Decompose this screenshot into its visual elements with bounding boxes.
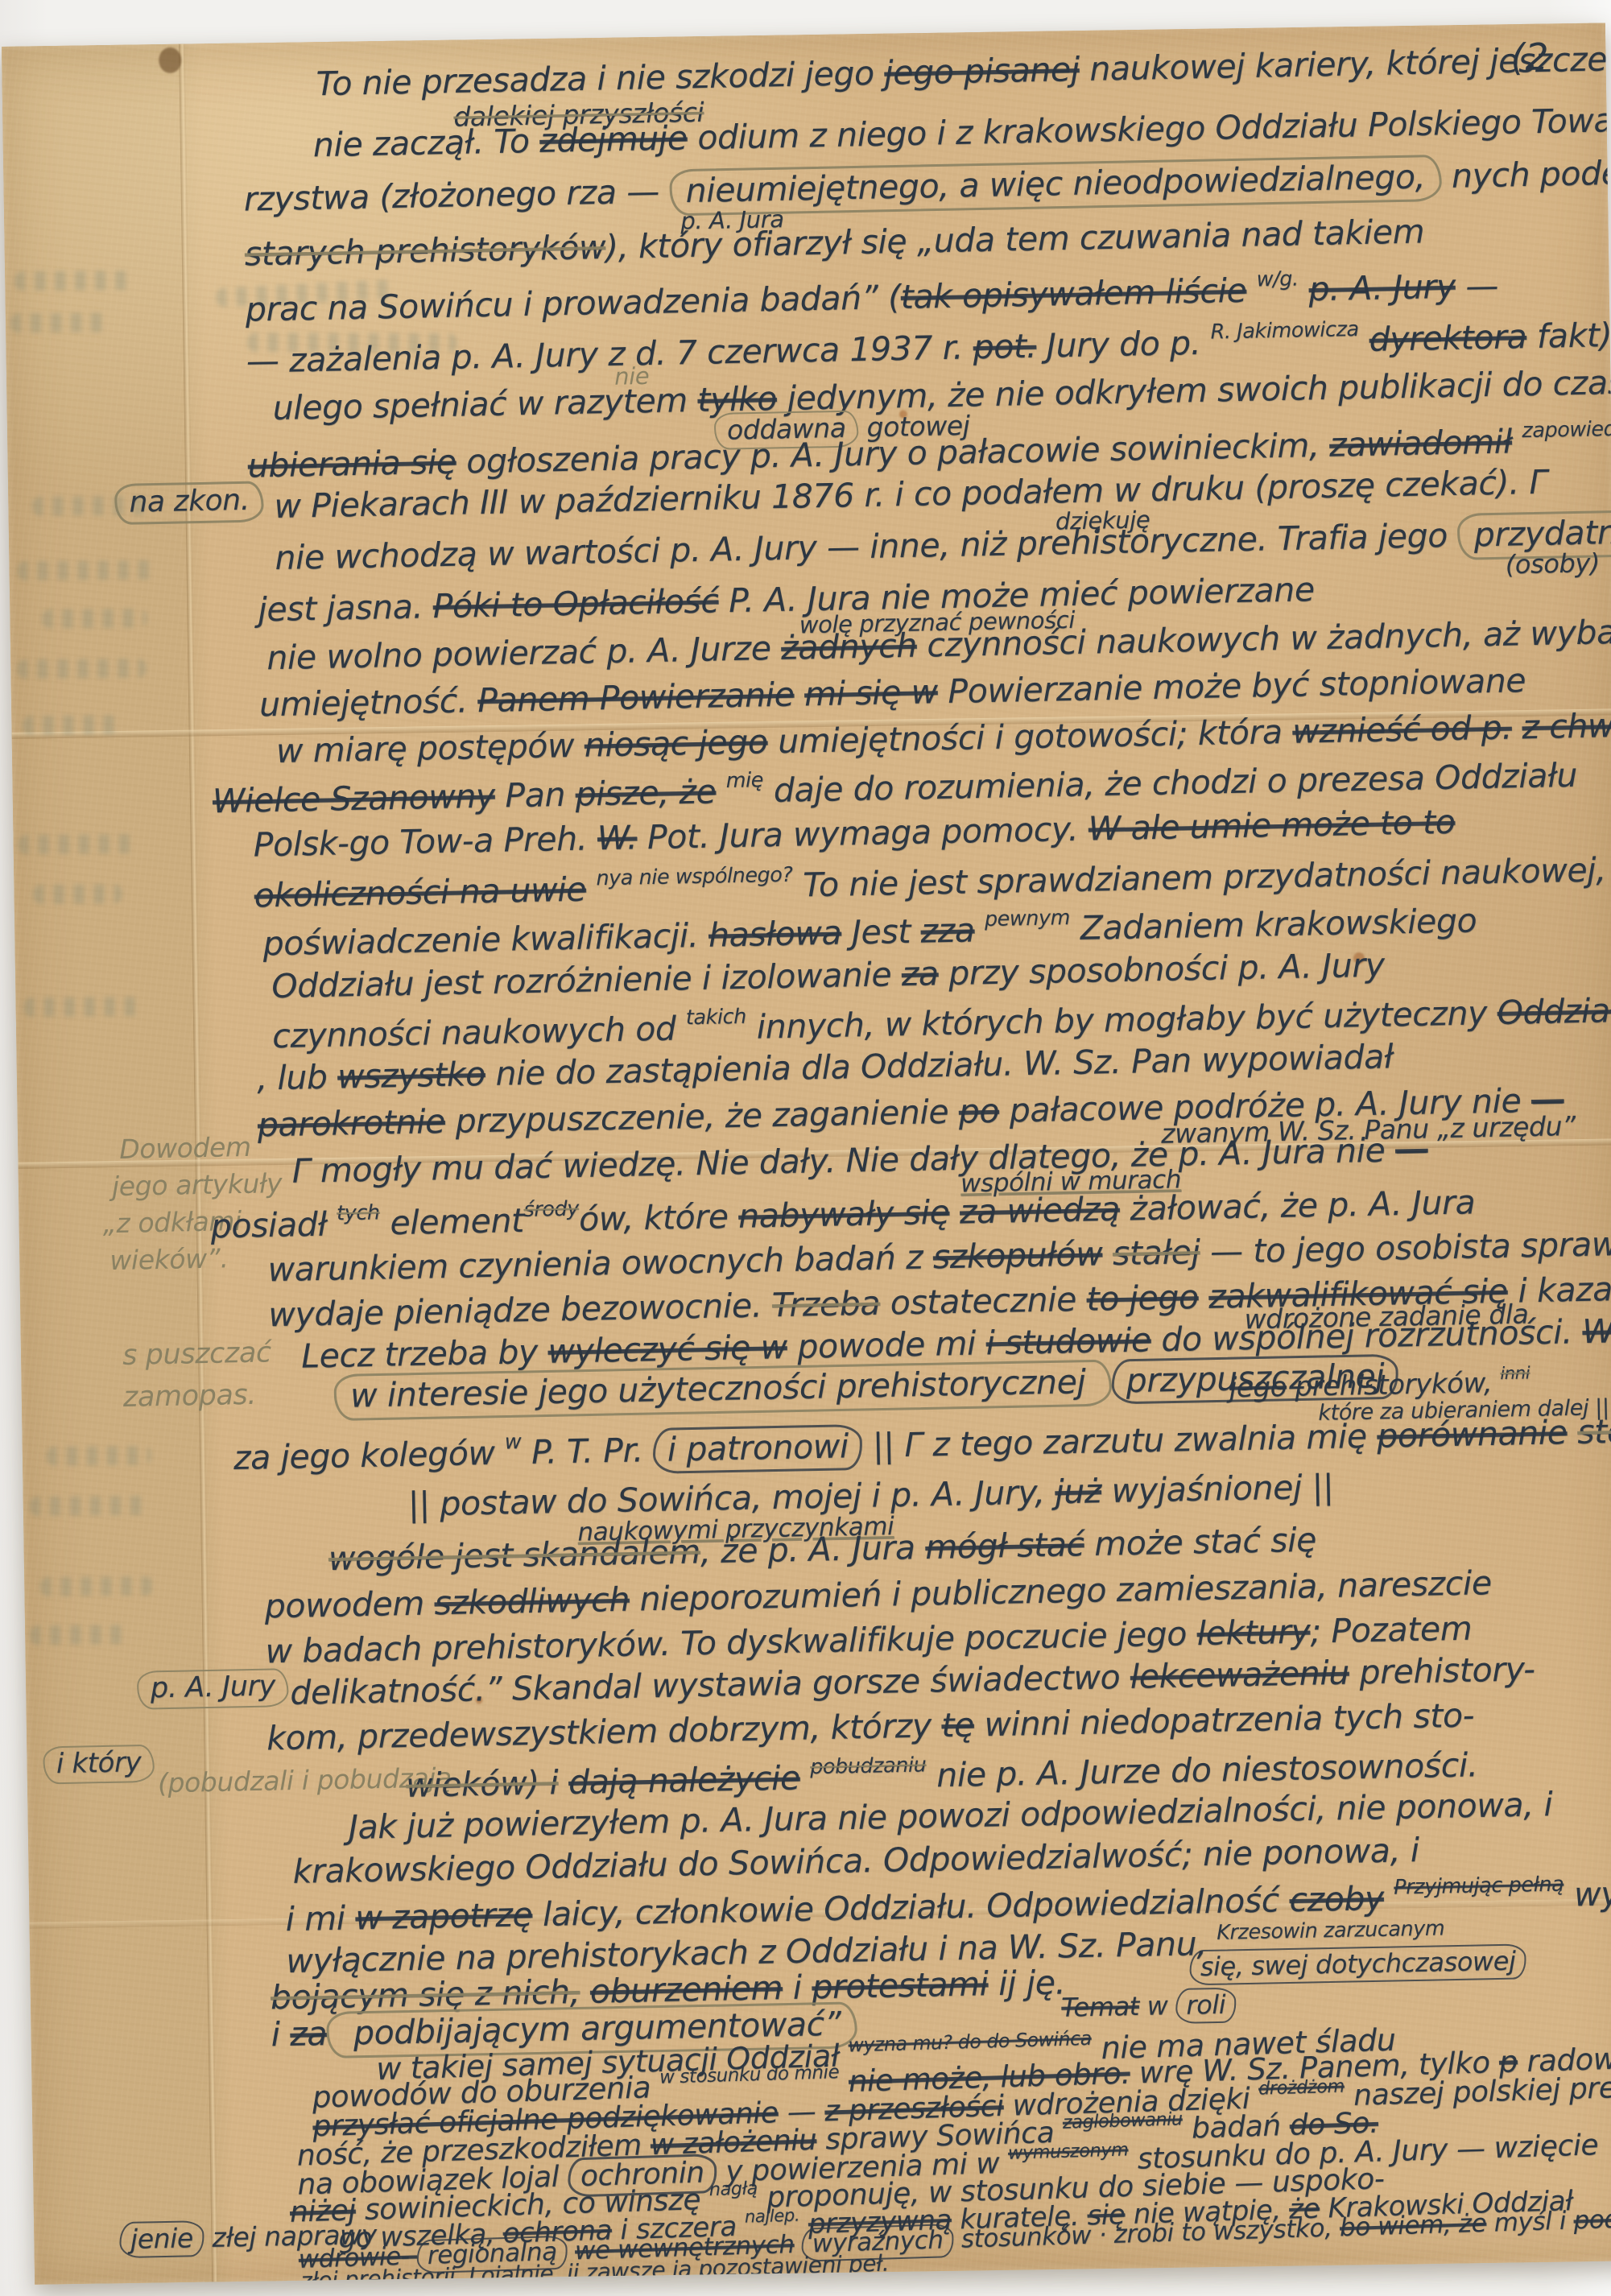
handwriting-segment: jenie — [119, 2220, 204, 2258]
handwriting-segment: s puszczać — [122, 1336, 271, 1372]
handwriting-segment: , że p. A. Jura — [700, 1528, 925, 1571]
handwriting-segment: i — [271, 2015, 291, 2054]
handwriting-line: jest jasna. Póki to Opłaciłość P. A. Jur… — [258, 570, 1315, 629]
handwriting-segment: czoby — [1289, 1879, 1384, 1919]
handwriting-line: się, swej dotychczasowej — [1189, 1945, 1526, 1982]
handwriting-segment: mię — [725, 767, 763, 792]
handwriting-segment: warunkiem czynienia owocnych badań z — [267, 1237, 933, 1289]
handwriting-segment: wyjaśnionej || — [1101, 1468, 1334, 1511]
handwriting-segment: jedynym, że nie odkryłem swoich publikac… — [776, 362, 1611, 418]
handwriting-segment: Dowodem — [119, 1131, 251, 1165]
handwriting-segment: dyrektora — [1369, 317, 1527, 359]
handwriting-segment — [1102, 1234, 1113, 1273]
handwriting-segment: nych pode- — [1441, 153, 1611, 196]
handwriting-segment: czynności naukowych od — [272, 1009, 687, 1055]
manuscript-scan: (2 To nie przesadza i nie szkodzi jego j… — [0, 0, 1611, 2296]
handwriting-segment: Jury do p. — [1036, 324, 1212, 365]
handwriting-segment: || Γ z tego zarzutu zwalnia mię — [862, 1417, 1378, 1465]
bleedthrough-ghost-layer — [2, 23, 1605, 47]
handwriting-segment: rzystwa (złożonego rza — — [243, 171, 669, 218]
handwriting-segment: (osoby) — [1505, 547, 1600, 580]
handwriting-segment: powode mi — [787, 1324, 986, 1366]
paper-sheet: (2 To nie przesadza i nie szkodzi jego j… — [2, 23, 1611, 2284]
handwriting-segment: prehistory- — [1349, 1650, 1535, 1691]
bleedthrough-ghost-text — [47, 1446, 151, 1466]
handwriting-segment: dają należycie — [568, 1758, 801, 1802]
handwriting-segment: okoliczności na uwie — [254, 870, 586, 915]
handwriting-segment: P. T. Pr. — [521, 1431, 654, 1472]
handwriting-segment: pot. — [973, 327, 1037, 367]
handwriting-segment: Wo — [1582, 1311, 1611, 1351]
handwriting-segment: wyleczyć się w — [547, 1328, 787, 1371]
margin-note: jego artykuły — [112, 1167, 283, 1202]
margin-note: jenie złej naprawy — [119, 2219, 377, 2255]
handwriting-segment: protestami — [812, 1964, 989, 2006]
handwriting-segment: winni niedopatrzenia tych sto- — [973, 1696, 1474, 1745]
handwriting-segment: w stosunku do mnie — [659, 2062, 840, 2088]
handwriting-segment: nabywały się — [738, 1193, 950, 1236]
handwriting-segment: R. Jakimowicza — [1210, 316, 1359, 344]
handwriting-segment: W ale umie może to to — [1088, 803, 1456, 849]
handwriting-segment: — — [1455, 266, 1498, 306]
handwriting-segment — [1298, 270, 1309, 308]
bleedthrough-ghost-text — [19, 834, 139, 854]
handwriting-segment: nagłą — [708, 2178, 758, 2200]
handwriting-segment: jego — [1229, 1371, 1287, 1404]
bleedthrough-ghost-text — [17, 659, 146, 679]
handwriting-segment: Polsk-go Tow-a Preh. — [253, 819, 597, 864]
bleedthrough-ghost-text — [10, 313, 107, 333]
handwriting-segment: w — [505, 1429, 522, 1453]
handwriting-segment: i mi — [285, 1898, 356, 1939]
handwriting-segment: stałej — [1112, 1233, 1200, 1273]
margin-note: Dowodem — [119, 1131, 251, 1165]
bleedthrough-ghost-text — [23, 715, 119, 735]
handwriting-segment: wogóle jest skandalem — [328, 1532, 700, 1578]
handwriting-segment: roli — [1175, 1988, 1237, 2024]
handwriting-segment: wolę przyznać pewności — [799, 606, 1075, 639]
handwriting-segment: za — [901, 954, 939, 993]
bleedthrough-ghost-text — [18, 560, 155, 580]
handwriting-segment: wdrożone zadanie dla — [1244, 1299, 1529, 1336]
handwriting-segment: jest jasna. — [258, 587, 433, 629]
handwriting-segment: w — [1139, 1990, 1176, 2021]
handwriting-segment — [716, 772, 727, 811]
handwriting-segment: i który — [43, 1745, 155, 1785]
handwriting-line: rzystwa (złożonego rza — nieumiejętnego,… — [243, 153, 1611, 218]
bleedthrough-ghost-text — [30, 1496, 151, 1516]
handwriting-segment: Przyjmując pełną — [1394, 1872, 1564, 1899]
handwriting-segment: przy sposobności p. A. Jury — [938, 946, 1385, 993]
handwriting-segment: Lecz trzeba by — [301, 1332, 548, 1376]
handwriting-segment: na zkon. — [114, 481, 264, 524]
margin-note: i który — [43, 1746, 155, 1781]
handwriting-layer: To nie przesadza i nie szkodzi jego jego… — [2, 23, 1605, 47]
handwriting-segment — [1198, 1278, 1209, 1316]
handwriting-line: wdrożone zadanie dla — [1244, 1299, 1529, 1336]
handwriting-segment: już — [1055, 1472, 1102, 1511]
handwriting-segment: p. A. Jury — [137, 1668, 289, 1709]
handwriting-segment: mi się w — [804, 672, 939, 713]
handwriting-segment: , lub — [257, 1058, 338, 1098]
margin-note: wieków”. — [109, 1242, 229, 1276]
handwriting-segment: i studowie — [985, 1320, 1151, 1362]
handwriting-segment: starych prehistoryków — [244, 228, 605, 274]
handwriting-segment: wymuszonym — [1008, 2139, 1129, 2164]
handwriting-segment: hasłowa — [708, 914, 842, 955]
handwriting-segment: Oddziałowi — [1497, 990, 1611, 1032]
handwriting-segment: ulego spełniać w razytem — [272, 381, 698, 427]
handwriting-segment: Wielce Szanowny — [212, 777, 495, 821]
handwriting-segment: pisze, że — [575, 772, 717, 813]
handwriting-line: To nie przesadza i nie szkodzi jego jego… — [316, 39, 1607, 103]
handwriting-segment: posiadł — [210, 1204, 337, 1245]
handwriting-segment: — zażalenia p. A. Jury z d. 7 czerwca 19… — [246, 328, 973, 380]
handwriting-segment: pewnym — [985, 905, 1071, 931]
handwriting-segment: podam się — [1573, 2203, 1611, 2236]
handwriting-segment: niosąc jego — [584, 722, 768, 764]
handwriting-segment — [1383, 1879, 1394, 1918]
handwriting-segment: ij ję. — [988, 1963, 1066, 2003]
handwriting-segment: element — [379, 1201, 524, 1242]
handwriting-segment: mógł stać — [925, 1525, 1084, 1567]
handwriting-segment: zapowiedzieć — [1522, 415, 1611, 442]
handwriting-segment: to jego — [1086, 1278, 1199, 1319]
handwriting-segment: odium z niego i z krakowskiego Oddziału … — [687, 101, 1611, 157]
handwriting-segment: nya nie wspólnego? — [596, 862, 793, 890]
handwriting-segment: kom, przedewszystkiem dobrzym, którzy — [266, 1706, 942, 1757]
handwriting-line: starych prehistoryków), który ofiarzył s… — [244, 212, 1424, 273]
margin-note: zamopas. — [123, 1379, 257, 1414]
handwriting-segment: może stać się — [1084, 1521, 1316, 1564]
handwriting-segment: tak opisywałem liście — [900, 271, 1246, 316]
handwriting-segment: Póki to Opłaciłość — [432, 581, 719, 626]
handwriting-segment: tę — [941, 1705, 974, 1745]
handwriting-segment: wznieść od p. — [1292, 708, 1512, 751]
handwriting-segment: Jest — [841, 912, 921, 952]
handwriting-segment: naukowej kariery, której jeszcze — [1079, 39, 1607, 89]
handwriting-segment: zaglobowaniu — [1063, 2108, 1183, 2133]
handwriting-segment: się, swej dotychczasowej — [1189, 1943, 1526, 1985]
handwriting-segment: zdejmuje — [539, 118, 688, 160]
handwriting-segment: daje do rozumienia, że chodzi o prezesa … — [763, 756, 1578, 810]
handwriting-segment: wszystko — [337, 1055, 486, 1096]
handwriting-segment: wydaje pieniądze bezowocnie. — [268, 1286, 772, 1334]
handwriting-segment: powodem — [264, 1584, 435, 1625]
handwriting-segment — [1511, 708, 1522, 746]
handwriting-line: (osoby) — [1505, 547, 1600, 580]
handwriting-segment: bo wiem, że — [1339, 2209, 1486, 2243]
handwriting-segment: To nie jest sprawdzianem przydatności na… — [792, 849, 1611, 904]
handwriting-segment: ostatecznie — [880, 1280, 1087, 1323]
handwriting-segment: w/g. — [1256, 266, 1299, 291]
handwriting-segment: i patronowi — [653, 1424, 863, 1473]
handwriting-segment: ubierania się — [247, 443, 456, 485]
handwriting-segment: parokrotnie — [257, 1102, 445, 1144]
handwriting-segment: Zadaniem krakowskiego — [1070, 901, 1477, 948]
handwriting-segment — [586, 869, 597, 908]
handwriting-segment: Pan — [494, 775, 576, 816]
handwriting-segment: w zapotrzę — [355, 1895, 533, 1937]
handwriting-segment: ; Pozatem — [1310, 1609, 1473, 1651]
handwriting-segment: zawiadomił — [1329, 422, 1513, 464]
handwriting-segment: myśl i — [1486, 2206, 1574, 2237]
handwriting-segment: ów, które — [579, 1197, 739, 1239]
handwriting-segment: zza — [920, 911, 975, 950]
handwriting-segment: wyparuł — [1563, 1873, 1611, 1914]
handwriting-segment: złej naprawy — [204, 2219, 377, 2253]
margin-note: p. A. Jury — [137, 1670, 289, 1705]
handwriting-segment: W. — [597, 818, 637, 857]
handwriting-segment: p. A. Jury — [1308, 267, 1456, 308]
handwriting-segment: szkodliwych — [434, 1580, 630, 1623]
bleedthrough-ghost-text — [14, 270, 135, 291]
handwriting-line: wspólni w murach — [960, 1165, 1182, 1198]
handwriting-segment: środy — [523, 1196, 579, 1221]
handwriting-segment: Oddziału jest rozróżnienie i izolowanie — [271, 955, 902, 1006]
bleedthrough-ghost-text — [30, 1625, 126, 1645]
handwriting-segment: lekceważeniu — [1130, 1654, 1349, 1696]
handwriting-segment: nieumiejętnego, a więc nieodpowiedzialne… — [669, 155, 1442, 216]
handwriting-segment: inni — [1500, 1362, 1530, 1383]
handwriting-segment: fakt). — [1526, 316, 1611, 356]
handwriting-segment — [580, 1972, 591, 2011]
handwriting-segment: To nie przesadza i nie szkodzi jego — [316, 54, 884, 104]
handwriting-segment: umiejętność. — [259, 681, 478, 724]
handwriting-segment: Krzesowin zarzucanym — [1217, 1915, 1445, 1943]
margin-note: na zkon. — [114, 483, 264, 519]
paper-stain — [159, 47, 181, 73]
handwriting-segment: wieków) i — [406, 1763, 559, 1805]
handwriting-segment: zamopas. — [123, 1379, 257, 1414]
handwriting-segment: pobudzaniu — [810, 1752, 927, 1778]
handwriting-segment: przypuszczenie, że zaganienie — [444, 1092, 959, 1141]
handwriting-segment: nie wchodzą w wartości p. A. Jury — inne… — [275, 516, 1458, 577]
handwriting-segment — [974, 911, 985, 949]
handwriting-segment: takich — [686, 1004, 747, 1029]
handwriting-segment: Powierzanie może być stopniowane — [937, 661, 1526, 711]
handwriting-segment: najlep. — [744, 2205, 799, 2227]
handwriting-segment — [1512, 422, 1523, 460]
handwriting-segment: drożdżom — [1258, 2076, 1345, 2100]
handwriting-segment: lektury — [1196, 1612, 1311, 1653]
handwriting-segment: po — [958, 1092, 999, 1131]
handwriting-line: Temat w roli — [1061, 1989, 1237, 2023]
bleedthrough-ghost-text — [24, 997, 145, 1017]
margin-note: s puszczać — [122, 1336, 271, 1372]
handwriting-segment: i — [783, 1968, 812, 2007]
handwriting-segment: jego pisanej — [884, 50, 1080, 93]
handwriting-segment: nie zaczął. To — [312, 122, 539, 164]
handwriting-segment: z chwilą — [1522, 705, 1611, 746]
handwriting-segment — [1358, 320, 1369, 359]
handwriting-segment: Temat — [1061, 1991, 1139, 2023]
handwriting-segment: wspólni w murach — [960, 1165, 1182, 1198]
handwriting-line: wolę przyznać pewności — [799, 606, 1075, 639]
handwriting-segment: Pot. Jura wymaga pomocy. — [637, 810, 1088, 857]
handwriting-segment: wieków”. — [109, 1242, 229, 1276]
handwriting-segment: poświadczenie kwalifikacji. — [262, 916, 708, 964]
handwriting-segment — [558, 1763, 569, 1802]
handwriting-segment: tych — [337, 1200, 380, 1224]
handwriting-segment: za jego kolegów — [233, 1434, 506, 1477]
bleedthrough-ghost-text — [34, 884, 122, 904]
handwriting-segment: szkopułów — [932, 1234, 1102, 1276]
bleedthrough-ghost-text — [40, 1576, 153, 1596]
handwriting-segment: — to jego osobista sprawa. — [1200, 1224, 1611, 1271]
handwriting-segment: jego artykuły — [112, 1167, 283, 1202]
handwriting-segment: za — [290, 2014, 328, 2054]
handwriting-segment: prac na Sowińcu i prowadzenia badań” ( — [245, 278, 901, 329]
handwriting-segment: w miarę postępów — [276, 726, 585, 770]
bleedthrough-ghost-text — [42, 609, 147, 629]
handwriting-segment: wyzna mu? do do Sowińca — [848, 2027, 1092, 2057]
handwriting-segment: Trzeba — [771, 1284, 880, 1325]
handwriting-segment: nie wolno powierzać p. A. Jurze — [266, 629, 782, 677]
handwriting-segment: Panem Powierzanie — [477, 675, 795, 721]
handwriting-segment — [794, 675, 805, 713]
handwriting-segment: naszej polskiej prehistorii- — [1345, 2068, 1611, 2112]
